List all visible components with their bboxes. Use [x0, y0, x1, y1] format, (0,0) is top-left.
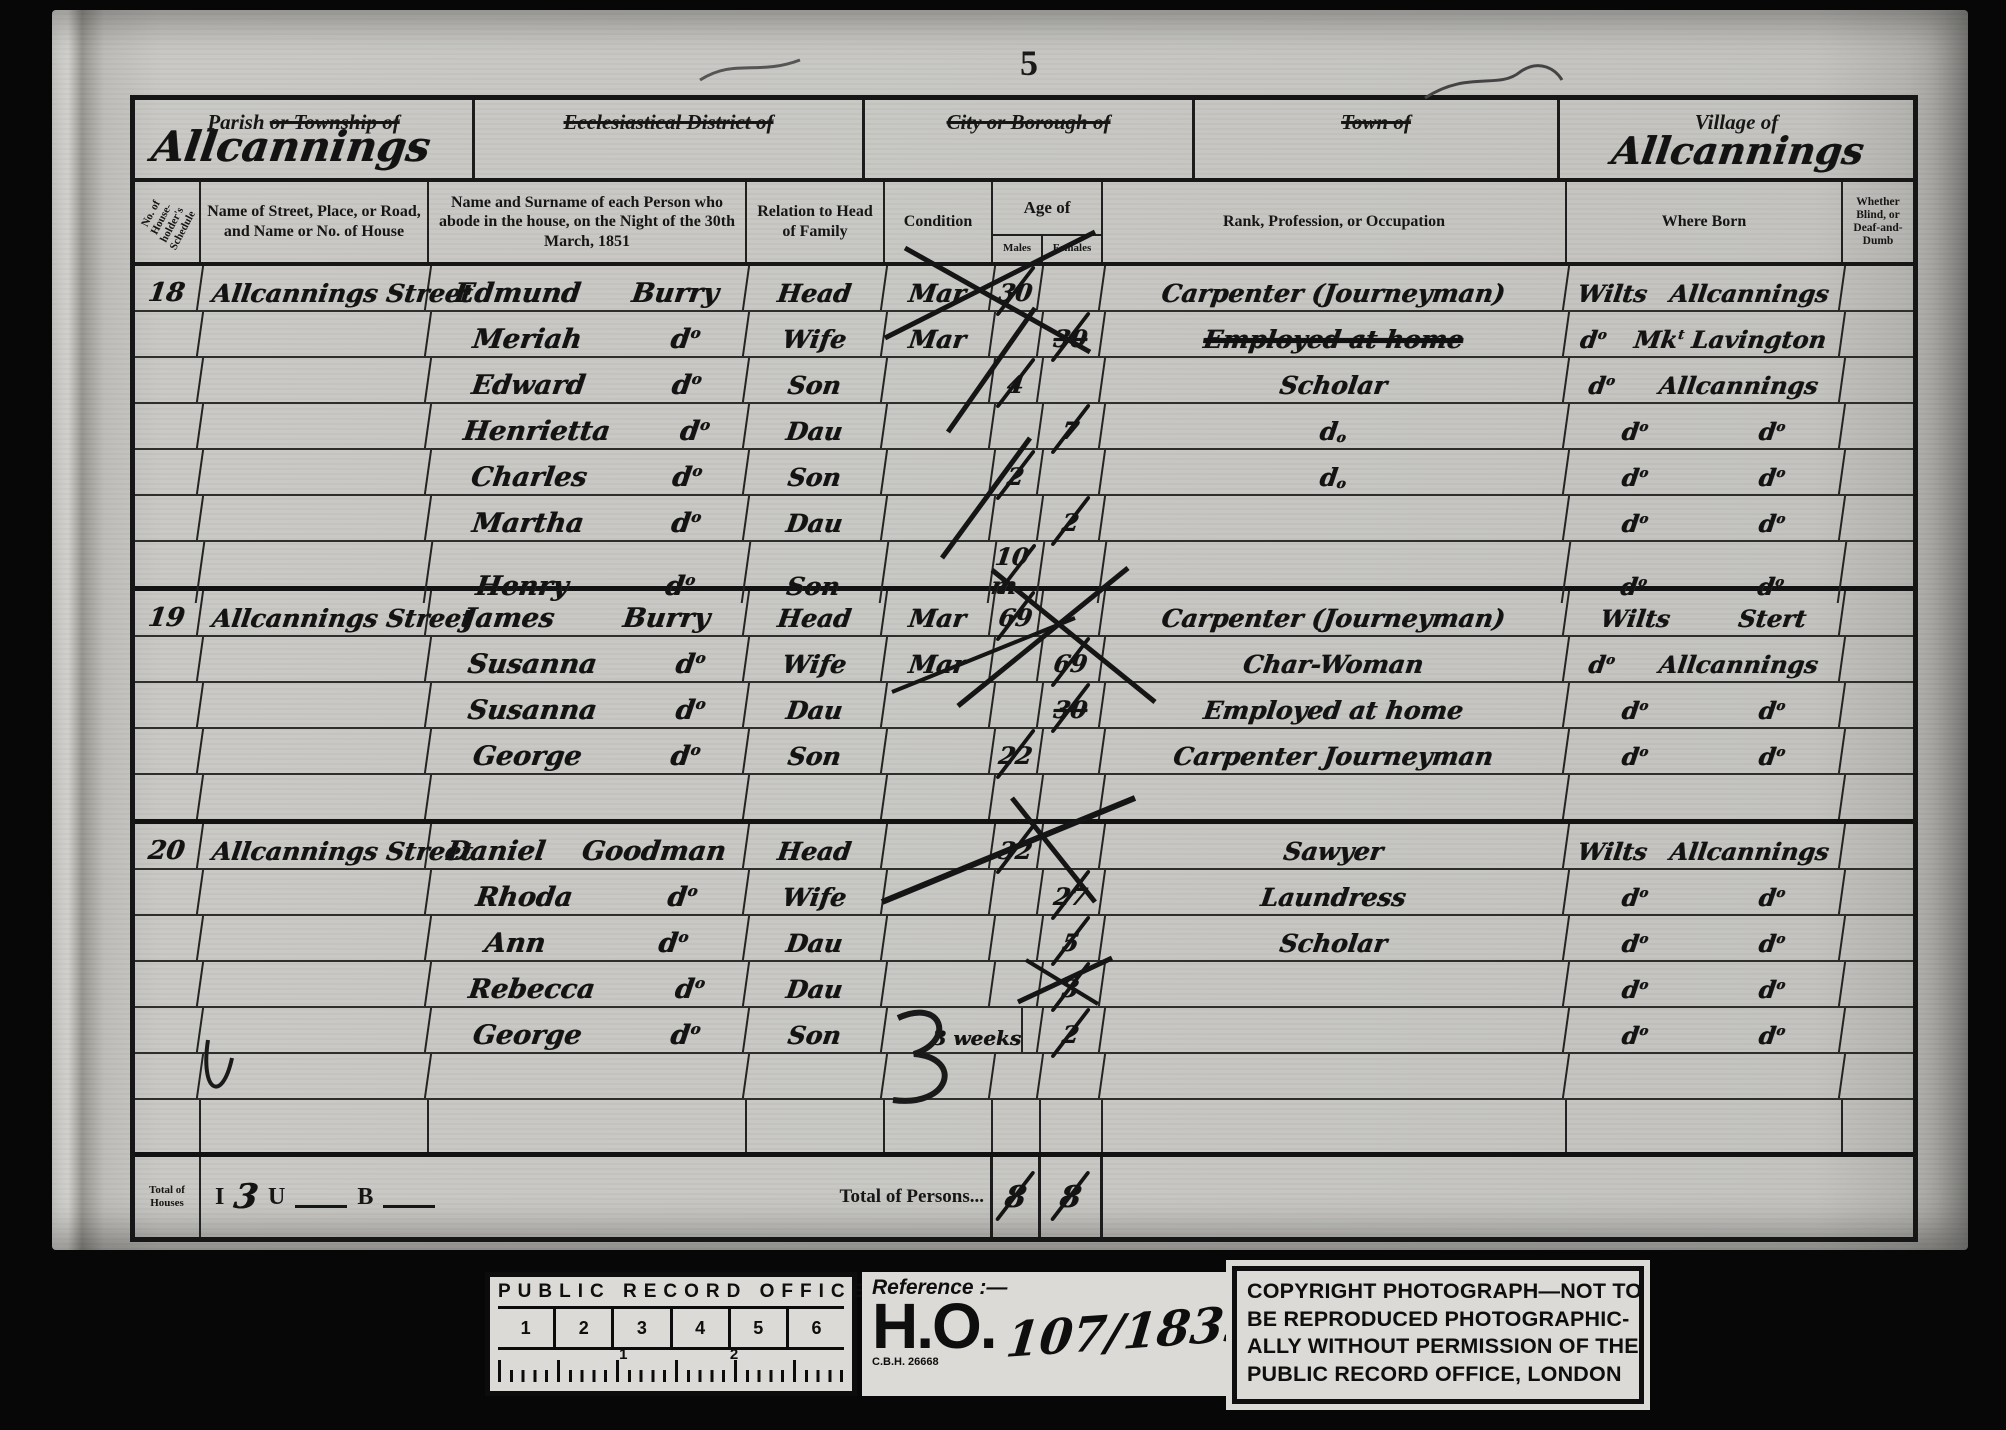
cell-person-name: Meriahdo	[426, 312, 750, 356]
cell-street	[198, 450, 432, 494]
total-houses-label: Total of Houses	[135, 1157, 201, 1237]
blank-cell	[1843, 1100, 1913, 1152]
cell-where-born: doMkt Lavington	[1564, 312, 1846, 356]
cell-person-name	[426, 775, 750, 819]
cell-person-name: Henriettado	[426, 404, 750, 448]
cell-condition	[882, 916, 996, 960]
cell-where-born: dodo	[1564, 683, 1846, 727]
blank-cell	[1041, 1100, 1103, 1152]
cell-person-name: Susannado	[426, 637, 750, 681]
cell-blind-deaf	[1843, 962, 1913, 1006]
cell-schedule-number	[132, 729, 204, 773]
blank-cell	[747, 1100, 885, 1152]
table-row: EdwarddoSon4ScholardoAllcannings	[135, 358, 1913, 404]
reference-series: H.O.	[872, 1294, 996, 1358]
cell-occupation	[1100, 1054, 1570, 1098]
cell-schedule-number	[132, 683, 204, 727]
cell-blind-deaf	[1843, 450, 1913, 494]
table-row: HenriettadoDau7dododo	[135, 404, 1913, 450]
cell-blind-deaf	[1843, 591, 1913, 635]
table-row: 19Allcannings StreetJamesBurryHeadMar69C…	[135, 591, 1913, 637]
col-header-schedule: No. of House-holder's Schedule	[135, 182, 201, 262]
blank-cell	[201, 1100, 429, 1152]
cell-age-male: 32	[990, 824, 1044, 868]
cell-condition	[882, 824, 996, 868]
blank-cell	[1567, 1100, 1843, 1152]
table-row: GeorgedoSon22Carpenter Journeymandodo	[135, 729, 1913, 775]
cell-schedule-number	[132, 775, 204, 819]
page-number: 5	[1020, 42, 1038, 84]
cell-blind-deaf	[1843, 404, 1913, 448]
cell-age-male	[990, 916, 1044, 960]
cell-occupation: Sawyer	[1100, 824, 1570, 868]
village-value-handwritten: Allcannings	[1609, 128, 1867, 173]
cell-age-female: 3	[1038, 962, 1106, 1006]
pro-inch-ruler: 1 2 3 4 5 6	[498, 1306, 844, 1350]
cell-occupation: Scholar	[1100, 358, 1570, 402]
cell-schedule-number	[132, 637, 204, 681]
cell-schedule-number	[132, 358, 204, 402]
cell-street	[198, 729, 432, 773]
cell-street	[198, 962, 432, 1006]
cell-age-female: 30	[1038, 312, 1106, 356]
cell-blind-deaf	[1843, 358, 1913, 402]
copyright-line: COPYRIGHT PHOTOGRAPH—NOT TO	[1247, 1278, 1629, 1306]
cell-occupation: do	[1100, 404, 1570, 448]
cell-occupation	[1100, 1008, 1570, 1052]
col-header-born: Where Born	[1567, 182, 1843, 262]
cell-age-female	[1038, 1054, 1106, 1098]
cell-relation: Dau	[744, 404, 888, 448]
blank-cell	[135, 1100, 201, 1152]
copyright-line: PUBLIC RECORD OFFICE, LONDON	[1247, 1361, 1629, 1389]
cell-where-born: dodo	[1564, 962, 1846, 1006]
cell-person-name: DanielGoodman	[426, 824, 750, 868]
cell-where-born: WiltsAllcannings	[1564, 266, 1846, 310]
blank-cell	[1103, 1100, 1567, 1152]
cell-schedule-number: 20	[132, 824, 204, 868]
inch-mark: 5	[731, 1309, 789, 1347]
cell-street: Allcannings Street	[198, 824, 432, 868]
reference-stamp: Reference :— H.O. 107/1839 C.B.H. 26668	[862, 1272, 1228, 1396]
cell-occupation: Carpenter Journeyman	[1100, 729, 1570, 773]
cell-blind-deaf	[1843, 683, 1913, 727]
cell-relation: Head	[744, 266, 888, 310]
col-header-relation: Relation to Head of Family	[747, 182, 885, 262]
cell-relation: Dau	[744, 916, 888, 960]
cell-condition	[882, 775, 996, 819]
col-header-blind: Whether Blind, or Deaf-and-Dumb	[1843, 182, 1913, 262]
cell-age-female: 27	[1038, 870, 1106, 914]
building-blank	[383, 1187, 435, 1208]
copyright-line: ALLY WITHOUT PERMISSION OF THE	[1247, 1333, 1629, 1361]
cell-age-male: 2	[990, 450, 1044, 494]
building-label: B	[357, 1184, 373, 1211]
total-houses-values: I 3 U B	[201, 1157, 747, 1237]
cell-where-born: dodo	[1564, 450, 1846, 494]
blank-zone	[135, 1100, 1913, 1152]
cell-relation: Son	[744, 358, 888, 402]
cell-person-name: JamesBurry	[426, 591, 750, 635]
cell-blind-deaf	[1843, 824, 1913, 868]
col-header-condition: Condition	[885, 182, 993, 262]
cell-street	[198, 358, 432, 402]
cell-age-male: 30	[990, 266, 1044, 310]
cell-age-male	[990, 870, 1044, 914]
blank-cell	[885, 1100, 993, 1152]
table-row	[135, 1054, 1913, 1100]
cell-age-male	[990, 637, 1044, 681]
cell-age-female: 2	[1038, 496, 1106, 540]
table-row: SusannadoDau30Employed at homedodo	[135, 683, 1913, 729]
cell-schedule-number	[132, 1008, 204, 1052]
cell-condition: Mar	[882, 266, 996, 310]
cell-person-name: Georgedo	[426, 1008, 750, 1052]
cell-relation: Dau	[744, 962, 888, 1006]
cell-blind-deaf	[1843, 637, 1913, 681]
pro-cm-ruler: 1 2	[498, 1350, 844, 1382]
cell-blind-deaf	[1843, 1054, 1913, 1098]
cell-person-name: Rhodado	[426, 870, 750, 914]
cell-age-female	[1038, 824, 1106, 868]
cell-street	[198, 404, 432, 448]
cell-age-female	[1038, 591, 1106, 635]
cell-street	[198, 496, 432, 540]
cell-occupation	[1100, 962, 1570, 1006]
blank-cell	[993, 1100, 1041, 1152]
table-row: 18Allcannings StreetEdmundBurryHeadMar30…	[135, 266, 1913, 312]
cell-condition	[882, 962, 996, 1006]
ecclesiastical-label: Ecclesiastical District of	[564, 110, 774, 134]
cell-street	[198, 870, 432, 914]
cell-condition	[882, 729, 996, 773]
cell-street	[198, 1008, 432, 1052]
census-form-table: Parish or Township of Ecclesiastical Dis…	[130, 95, 1918, 1242]
cell-street	[198, 916, 432, 960]
total-males: 8	[993, 1157, 1041, 1237]
table-row: HenrydoSon10 mdodo	[135, 542, 1913, 591]
inch-mark: 6	[789, 1309, 844, 1347]
town-section: Town of	[1195, 100, 1560, 178]
cell-person-name: Anndo	[426, 916, 750, 960]
cell-street	[198, 683, 432, 727]
cell-condition	[882, 358, 996, 402]
cell-street	[198, 775, 432, 819]
cell-street	[198, 312, 432, 356]
cell-condition	[882, 450, 996, 494]
cell-occupation: do	[1100, 450, 1570, 494]
cell-condition	[882, 496, 996, 540]
cell-occupation: Scholar	[1100, 916, 1570, 960]
pro-title: PUBLIC RECORD OFFICE	[498, 1281, 844, 1303]
cell-occupation: Carpenter (Journeyman)	[1100, 266, 1570, 310]
cell-where-born: WiltsStert	[1564, 591, 1846, 635]
cell-person-name: EdmundBurry	[426, 266, 750, 310]
cell-schedule-number	[132, 1054, 204, 1098]
cell-condition: Mar	[882, 591, 996, 635]
inhabited-label: I	[215, 1184, 224, 1211]
table-row	[135, 775, 1913, 824]
cell-street: Allcannings Street	[198, 591, 432, 635]
cell-schedule-number	[132, 870, 204, 914]
cell-age-female	[1038, 266, 1106, 310]
cell-age-male	[990, 683, 1044, 727]
ecclesiastical-section: Ecclesiastical District of	[475, 100, 865, 178]
cell-person-name	[426, 1054, 750, 1098]
cell-blind-deaf	[1843, 775, 1913, 819]
cell-schedule-number	[132, 496, 204, 540]
females-label: Females	[1043, 236, 1101, 262]
uninhabited-label: U	[268, 1184, 285, 1211]
cell-where-born: dodo	[1564, 496, 1846, 540]
cell-condition	[882, 683, 996, 727]
public-record-office-stamp: PUBLIC RECORD OFFICE 1 2 3 4 5 6 1 2	[485, 1272, 857, 1396]
cell-condition	[882, 1054, 996, 1098]
cell-relation: Son	[744, 1008, 888, 1052]
inch-mark: 3	[614, 1309, 672, 1347]
cell-age-male	[990, 404, 1044, 448]
cell-street: Allcannings Street	[198, 266, 432, 310]
cell-relation: Dau	[744, 683, 888, 727]
cell-age-female: 2	[1038, 1008, 1106, 1052]
males-label: Males	[993, 236, 1043, 262]
cell-relation: Son	[744, 450, 888, 494]
cell-where-born: dodo	[1564, 870, 1846, 914]
cell-person-name: Marthado	[426, 496, 750, 540]
cell-where-born: doAllcannings	[1564, 637, 1846, 681]
cell-relation: Wife	[744, 637, 888, 681]
cell-relation: Son	[744, 729, 888, 773]
cell-age-male	[990, 962, 1044, 1006]
cell-schedule-number	[132, 404, 204, 448]
table-row: CharlesdoSon2dododo	[135, 450, 1913, 496]
inch-mark: 2	[556, 1309, 614, 1347]
cell-condition: Mar	[882, 637, 996, 681]
copyright-stamp: COPYRIGHT PHOTOGRAPH—NOT TO BE REPRODUCE…	[1232, 1266, 1644, 1404]
cell-age-male	[990, 496, 1044, 540]
cell-street	[198, 1054, 432, 1098]
cell-age-male: 69	[990, 591, 1044, 635]
cell-schedule-number	[132, 312, 204, 356]
cell-age-female	[1038, 358, 1106, 402]
cell-person-name: Charlesdo	[426, 450, 750, 494]
table-row: SusannadoWifeMar69Char-WomandoAllcanning…	[135, 637, 1913, 683]
cell-where-born	[1564, 1054, 1846, 1098]
cell-where-born	[1564, 775, 1846, 819]
cell-schedule-number: 18	[132, 266, 204, 310]
cell-blind-deaf	[1843, 1008, 1913, 1052]
cell-where-born: dodo	[1564, 916, 1846, 960]
cell-street	[198, 637, 432, 681]
table-row: MeriahdoWifeMar30Employed at homedoMkt L…	[135, 312, 1913, 358]
table-row: 20Allcannings StreetDanielGoodmanHead32S…	[135, 824, 1913, 870]
cell-blind-deaf	[1843, 916, 1913, 960]
cell-age-female: 69	[1038, 637, 1106, 681]
cell-blind-deaf	[1843, 266, 1913, 310]
cell-age-female: 30	[1038, 683, 1106, 727]
totals-row: Total of Houses I 3 U B Total of Persons…	[135, 1152, 1913, 1237]
cell-occupation: Laundress	[1100, 870, 1570, 914]
cell-age-female	[1038, 775, 1106, 819]
cell-relation	[744, 1054, 888, 1098]
cell-where-born: doAllcannings	[1564, 358, 1846, 402]
cell-person-name: Rebeccado	[426, 962, 750, 1006]
col-header-age: Age of Males Females	[993, 182, 1103, 262]
cell-where-born: dodo	[1564, 404, 1846, 448]
copyright-line: BE REPRODUCED PHOTOGRAPHIC-	[1247, 1306, 1629, 1334]
cell-schedule-number	[132, 916, 204, 960]
cell-relation	[744, 775, 888, 819]
cell-age-female	[1038, 450, 1106, 494]
census-photograph: 5 Parish or Township of Ecclesiastical D…	[0, 0, 2006, 1430]
cell-condition	[882, 870, 996, 914]
inch-mark: 1	[498, 1309, 556, 1347]
cell-blind-deaf	[1843, 496, 1913, 540]
cell-where-born: dodo	[1564, 729, 1846, 773]
inch-mark: 4	[673, 1309, 731, 1347]
cell-age-female: 7	[1038, 404, 1106, 448]
cell-person-name: Susannado	[426, 683, 750, 727]
age-of-label: Age of	[993, 182, 1101, 236]
cell-age-male	[990, 1054, 1044, 1098]
cell-where-born: dodo	[1564, 1008, 1846, 1052]
table-row: RebeccadoDau3dodo	[135, 962, 1913, 1008]
record-rows: 18Allcannings StreetEdmundBurryHeadMar30…	[135, 266, 1913, 1100]
cell-age-male: 4	[990, 358, 1044, 402]
cell-age-male: 22	[990, 729, 1044, 773]
total-houses-value: 3	[232, 1177, 261, 1217]
uninhabited-blank	[295, 1187, 347, 1208]
cell-schedule-number	[132, 962, 204, 1006]
cell-occupation: Carpenter (Journeyman)	[1100, 591, 1570, 635]
city-section: City or Borough of	[865, 100, 1195, 178]
cell-where-born: WiltsAllcannings	[1564, 824, 1846, 868]
cell-condition	[882, 404, 996, 448]
cell-relation: Head	[744, 824, 888, 868]
cell-relation: Head	[744, 591, 888, 635]
cell-occupation: Employed at home	[1100, 312, 1570, 356]
cell-condition: Mar	[882, 312, 996, 356]
city-label: City or Borough of	[947, 110, 1111, 134]
town-label: Town of	[1341, 110, 1411, 134]
cm-mark: 1	[619, 1346, 627, 1363]
cell-age-male	[990, 775, 1044, 819]
table-row: GeorgedoSon3 weeks2dodo	[135, 1008, 1913, 1054]
cell-person-name: Georgedo	[426, 729, 750, 773]
table-row: MarthadoDau2dodo	[135, 496, 1913, 542]
cell-occupation: Employed at home	[1100, 683, 1570, 727]
cell-relation: Wife	[744, 312, 888, 356]
census-form-paper: 5 Parish or Township of Ecclesiastical D…	[52, 10, 1968, 1250]
table-row: AnndoDau5Scholardodo	[135, 916, 1913, 962]
cell-occupation	[1100, 775, 1570, 819]
table-row: RhodadoWife27Laundressdodo	[135, 870, 1913, 916]
totals-row-blank	[1103, 1157, 1913, 1237]
cell-occupation	[1100, 496, 1570, 540]
col-header-street: Name of Street, Place, or Road, and Name…	[201, 182, 429, 262]
column-headers: No. of House-holder's Schedule Name of S…	[135, 182, 1913, 266]
cell-schedule-number	[132, 450, 204, 494]
cell-age-female	[1038, 729, 1106, 773]
cm-mark: 2	[730, 1346, 738, 1363]
cell-blind-deaf	[1843, 729, 1913, 773]
cell-relation: Dau	[744, 496, 888, 540]
cell-blind-deaf	[1843, 312, 1913, 356]
cell-blind-deaf	[1843, 870, 1913, 914]
cell-age-female: 5	[1038, 916, 1106, 960]
col-header-person: Name and Surname of each Person who abod…	[429, 182, 747, 262]
total-females: 8	[1041, 1157, 1103, 1237]
cell-schedule-number: 19	[132, 591, 204, 635]
total-persons-label: Total of Persons...	[747, 1157, 993, 1237]
cell-relation: Wife	[744, 870, 888, 914]
blank-cell	[429, 1100, 747, 1152]
cell-condition: 3 weeks	[915, 1008, 1023, 1052]
cell-age-male	[990, 312, 1044, 356]
parish-value-handwritten: Allcannings	[149, 122, 434, 171]
col-header-occupation: Rank, Profession, or Occupation	[1103, 182, 1567, 262]
cell-occupation: Char-Woman	[1100, 637, 1570, 681]
cell-person-name: Edwarddo	[426, 358, 750, 402]
